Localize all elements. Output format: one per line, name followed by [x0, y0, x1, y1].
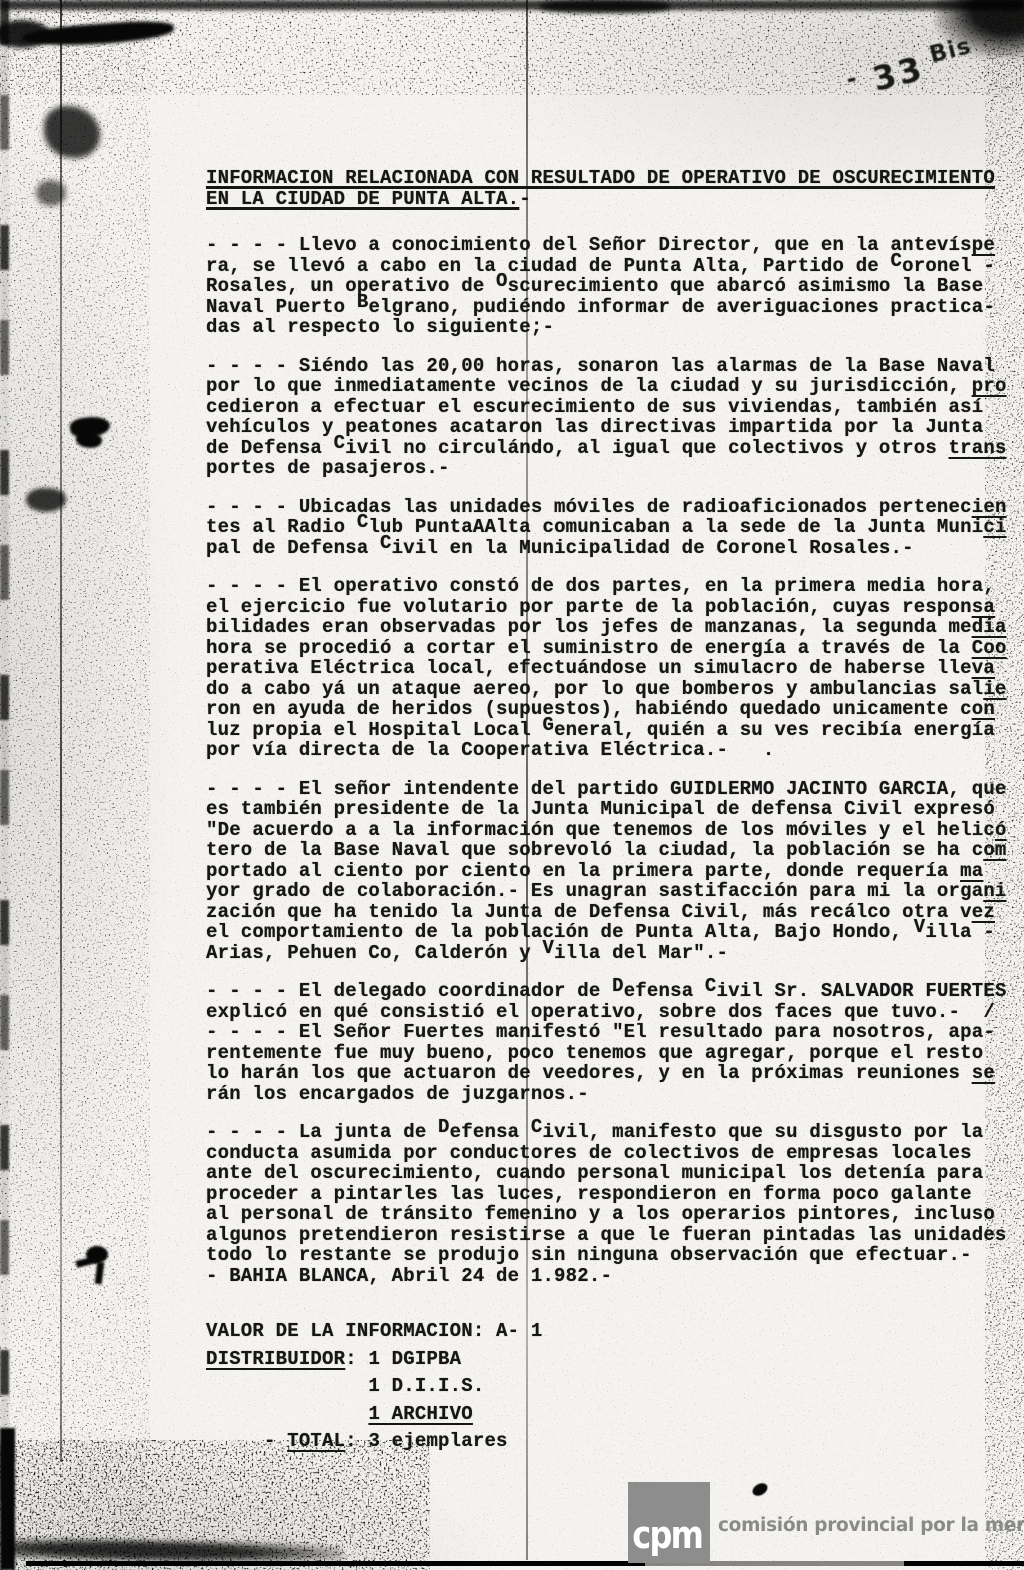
text-line: por vía directa de la Cooperativa Eléctr… [206, 740, 1024, 761]
handwritten-suffix: Bis [927, 33, 974, 68]
text-line: - - - - El delegado coordinador de Defen… [206, 981, 1024, 1002]
text-line: "De acuerdo a a la información que tenem… [206, 820, 1024, 841]
text-line: - - - - El Señor Fuertes manifestó "El r… [206, 1022, 1024, 1043]
ink-blot-top-center [540, 0, 670, 13]
org-name-text: comisión provincial por la memoria [718, 1515, 1024, 1536]
text-line: Rosales, un operativo de Oscurecimiento … [206, 276, 1024, 297]
text-line: portes de pasajeros.- [206, 458, 1024, 479]
text-line: todo lo restante se produjo sin ninguna … [206, 1245, 1024, 1266]
paragraph: - - - - Siéndo las 20,00 horas, sonaron … [206, 356, 1024, 479]
text-line: ante del oscurecimiento, cuando personal… [206, 1163, 1024, 1184]
text-line: de Defensa Civil no circulándo, al igual… [206, 438, 1024, 459]
text-line: vehículos y peatones acataron las direct… [206, 417, 1024, 438]
text-line: Arias, Pehuen Co, Calderón y Villa del M… [206, 943, 1024, 964]
text-line: - - - - Ubicadas las unidades móviles de… [206, 497, 1024, 518]
text-line: portado al ciento por ciento en la prime… [206, 861, 1024, 882]
text-line: ra, se llevó a cabo en la ciudad de Punt… [206, 256, 1024, 277]
scan-page: -33Bis INFORMACION RELACIONADA CON RESUL… [0, 0, 1024, 1570]
cpm-logo: cpm comisión provincial por la memoria [628, 1482, 1024, 1563]
text-line: - BAHIA BLANCA, Abril 24 de 1.982.- [206, 1266, 1024, 1287]
fold-line-left [60, 0, 62, 1462]
ink-blot-left-margin-2 [36, 180, 66, 206]
text-line: - - - - Siéndo las 20,00 horas, sonaron … [206, 356, 1024, 377]
text-line: - - - - El operativo constó de dos parte… [206, 576, 1024, 597]
text-line: perativa Eléctrica local, efectuándose u… [206, 658, 1024, 679]
text-line: algunos pretendieron resistirse a que le… [206, 1225, 1024, 1246]
text-line: pal de Defensa Civil en la Municipalidad… [206, 538, 1024, 559]
handwritten-number: 33 [869, 48, 929, 98]
text-line: lo harán los que actuaron de veedores, y… [206, 1063, 1024, 1084]
ink-blot-top-band [0, 0, 1024, 10]
text-line: conducta asumida por conductores de cole… [206, 1143, 1024, 1164]
text-line: bilidades eran observadas por los jefes … [206, 617, 1024, 638]
text-line: luz propia el Hospital Local General, qu… [206, 720, 1024, 741]
text-line: tero de la Base Naval que sobrevoló la c… [206, 840, 1024, 861]
text-line: das al respecto lo siguiente;- [206, 317, 1024, 338]
text-line: - - - - La junta de Defensa Civil, manif… [206, 1122, 1024, 1143]
text-line: 1 D.I.I.S. [206, 1373, 1024, 1401]
cpm-logo-box: cpm [628, 1482, 710, 1563]
text-line: el ejercicio fue volutario por parte de … [206, 597, 1024, 618]
text-line: es también presidente de la Junta Munici… [206, 799, 1024, 820]
text-line: yor grado de colaboración.- Es unagran s… [206, 881, 1024, 902]
ink-blot-left-margin-1 [44, 106, 100, 158]
text-line: rentemente fue muy bueno, poco tenemos q… [206, 1043, 1024, 1064]
text-line: zación que ha tenido la Junta de Defensa… [206, 902, 1024, 923]
text-line: - - - - El señor intendente del partido … [206, 779, 1024, 800]
text-line: do a cabo yá un ataque aereo, por lo que… [206, 679, 1024, 700]
text-line: proceder a pintarles las luces, respondi… [206, 1184, 1024, 1205]
distribution-list: VALOR DE LA INFORMACION: A- 1DISTRIBUIDO… [206, 1318, 1024, 1456]
text-line: INFORMACION RELACIONADA CON RESULTADO DE… [206, 168, 1024, 189]
text-line: EN LA CIUDAD DE PUNTA ALTA.- [206, 189, 1024, 210]
text-line: ron en ayuda de heridos (supuestos), hab… [206, 699, 1024, 720]
paragraph: - - - - El delegado coordinador de Defen… [206, 981, 1024, 1104]
text-line: DISTRIBUIDOR: 1 DGIPBA [206, 1346, 1024, 1374]
text-line: al personal de tránsito femenino y a los… [206, 1204, 1024, 1225]
document-text: INFORMACION RELACIONADA CON RESULTADO DE… [206, 168, 1024, 1474]
text-line: - TOTAL: 3 ejemplares [206, 1428, 1024, 1456]
paragraph: - - - - Ubicadas las unidades móviles de… [206, 497, 1024, 559]
text-line: cedieron a efectuar el escurecimiento de… [206, 397, 1024, 418]
text-line: por lo que inmediatamente vecinos de la … [206, 376, 1024, 397]
handwritten-page-number: -33Bis [843, 35, 978, 105]
paragraph: - - - - El operativo constó de dos parte… [206, 576, 1024, 761]
page-left-edge-shadow [0, 0, 9, 1570]
text-line: explicó en qué consistió el operativo, s… [206, 1002, 1024, 1023]
document-title: INFORMACION RELACIONADA CON RESULTADO DE… [206, 168, 1024, 209]
paragraph: - - - - La junta de Defensa Civil, manif… [206, 1122, 1024, 1286]
text-line: tes al Radio Club PuntaAAlta comunicaban… [206, 517, 1024, 538]
scan-noise-left-edge [0, 0, 150, 1570]
handwritten-dash: - [843, 64, 859, 94]
paragraph: - - - - El señor intendente del partido … [206, 779, 1024, 964]
text-line: hora se procedió a cortar el suministro … [206, 638, 1024, 659]
paragraph: - - - - Llevo a conocimiento del Señor D… [206, 235, 1024, 338]
ink-blot-left-margin-8 [95, 1262, 105, 1285]
text-line: Naval Puerto Belgrano, pudiéndo informar… [206, 297, 1024, 318]
text-line: rán los encargados de juzgarnos.- [206, 1084, 1024, 1105]
text-line: el comportamiento de la población de Pun… [206, 922, 1024, 943]
text-line: VALOR DE LA INFORMACION: A- 1 [206, 1318, 1024, 1346]
cpm-logo-text: cpm [628, 1521, 702, 1563]
text-line: 1 ARCHIVO [206, 1401, 1024, 1429]
